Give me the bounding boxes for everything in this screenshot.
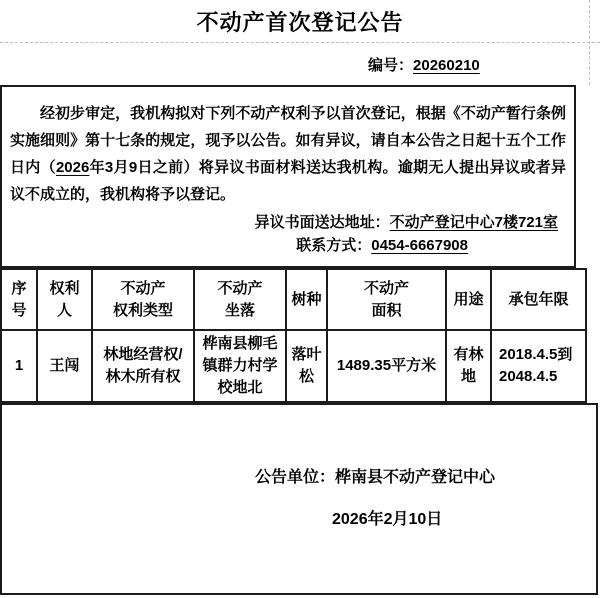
objection-address-label: 异议书面送达地址： <box>255 214 390 231</box>
announcement-date: 2026年2月10日 <box>332 509 442 531</box>
cell-area: 1489.35平方米 <box>327 330 446 402</box>
table-row: 1 王闯 林地经营权/ 林木所有权 桦南县柳毛 镇群力村学 校地北 落叶 松 1… <box>1 330 586 402</box>
document-number-value: 20260210 <box>413 57 480 74</box>
announcing-unit-line: 公告单位：桦南县不动产登记中心 <box>255 467 495 489</box>
col-header-tree-species: 树种 <box>286 269 327 330</box>
announcing-unit-label: 公告单位： <box>255 469 335 486</box>
cell-use: 有林 地 <box>446 330 491 402</box>
contact-line: 联系方式：0454-6667908 <box>2 234 574 257</box>
col-header-contract-term: 承包年限 <box>491 269 586 330</box>
announcing-unit-value: 桦南县不动产登记中心 <box>335 469 495 486</box>
page-title-text: 不动产首次登记公告 <box>196 6 403 37</box>
col-header-location: 不动产 坐落 <box>194 269 286 330</box>
table-header-row: 序 号 权利 人 不动产 权利类型 不动产 坐落 树种 不动产 面积 用途 承包… <box>1 269 586 330</box>
notice-box: 经初步审定，我机构拟对下列不动产权利予以首次登记，根据《不动产暂行条例实施细则》… <box>0 85 576 268</box>
col-header-use: 用途 <box>446 269 491 330</box>
cell-right-type: 林地经营权/ 林木所有权 <box>92 330 194 402</box>
contact-label: 联系方式： <box>296 237 371 254</box>
document-number: 编号：20260210 <box>368 56 480 76</box>
col-header-holder: 权利 人 <box>37 269 92 330</box>
objection-address-line: 异议书面送达地址：不动产登记中心7楼721室 <box>2 211 574 234</box>
col-header-area: 不动产 面积 <box>327 269 446 330</box>
notice-paragraph: 经初步审定，我机构拟对下列不动产权利予以首次登记，根据《不动产暂行条例实施细则》… <box>10 100 566 208</box>
cell-holder: 王闯 <box>37 330 92 402</box>
footer-cell: 公告单位：桦南县不动产登记中心 2026年2月10日 <box>0 403 598 595</box>
cell-contract-term: 2018.4.5到 2048.4.5 <box>491 330 586 402</box>
notice-deadline-year: 2026 <box>56 159 89 176</box>
dashed-right-border <box>589 0 590 85</box>
objection-address-value: 不动产登记中心7楼721室 <box>390 214 558 231</box>
col-header-seq: 序 号 <box>1 269 37 330</box>
notice-text-part2: 年3月9日之前）将异议书面材料送达我机构。逾期无人提出异议或者异议不成立的，我机… <box>10 159 566 203</box>
col-header-right-type: 不动产 权利类型 <box>92 269 194 330</box>
page-title: 不动产首次登记公告 <box>0 0 600 43</box>
cell-tree-species: 落叶 松 <box>286 330 327 402</box>
document-number-label: 编号： <box>368 57 413 74</box>
contact-value: 0454-6667908 <box>371 237 468 254</box>
cell-seq: 1 <box>1 330 37 402</box>
cell-location: 桦南县柳毛 镇群力村学 校地北 <box>194 330 286 402</box>
registration-table: 序 号 权利 人 不动产 权利类型 不动产 坐落 树种 不动产 面积 用途 承包… <box>0 268 587 403</box>
